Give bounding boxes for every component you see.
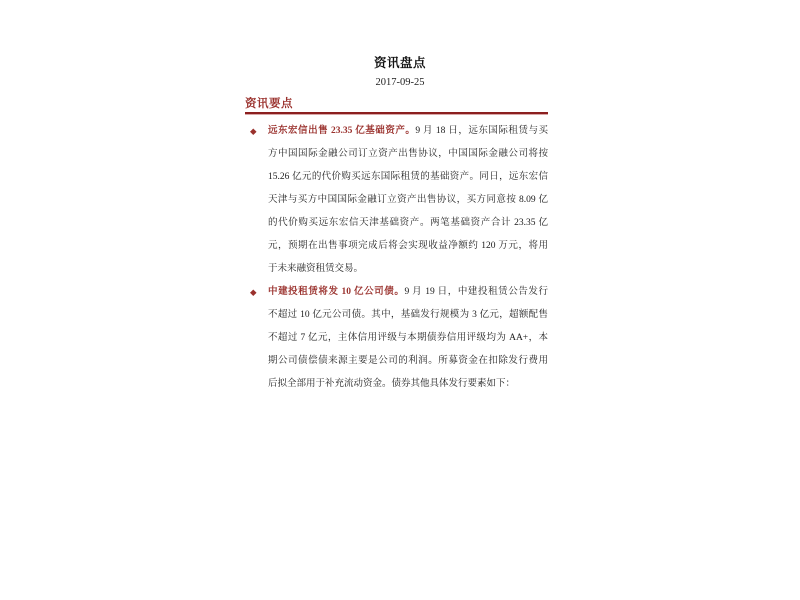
- bullet-body-text: 不超过 7 亿元，主体信用评级与本期债券信用评级均为 AA+，本: [268, 333, 548, 343]
- bullet-body-text: 方中国国际金融公司订立资产出售协议，中国国际金融公司将按: [268, 149, 548, 159]
- bullet-line: 天津与买方中国国际金融订立资产出售协议，买方同意按 8.09 亿: [268, 189, 548, 212]
- bullet-line: 远东宏信出售 23.35 亿基础资产。9 月 18 日，远东国际租赁与买: [268, 120, 548, 143]
- bullet-body-text: 9 月 19 日，中建投租赁公告发行: [404, 287, 548, 297]
- bullet-lead-text: 中建投租赁将发 10 亿公司债。: [268, 287, 404, 297]
- bullet-body-text: 9 月 18 日，远东国际租赁与买: [415, 126, 548, 136]
- bullet-line: 于未来融资租赁交易。: [268, 258, 548, 281]
- bullet-body-text: 15.26 亿元的代价购买远东国际租赁的基础资产。同日，远东宏信: [268, 172, 548, 182]
- bullet-line: 不超过 10 亿元公司债。其中，基础发行规模为 3 亿元，超额配售: [268, 304, 548, 327]
- bullet-line: 15.26 亿元的代价购买远东国际租赁的基础资产。同日，远东宏信: [268, 166, 548, 189]
- bullet-body-text: 元，预期在出售事项完成后将会实现收益净额约 120 万元，将用: [268, 241, 548, 251]
- bullet-body-text: 天津与买方中国国际金融订立资产出售协议，买方同意按 8.09 亿: [268, 195, 548, 205]
- bullet-line: 后拟全部用于补充流动资金。债券其他具体发行要素如下：: [268, 373, 548, 396]
- bullet-body-text: 不超过 10 亿元公司债。其中，基础发行规模为 3 亿元，超额配售: [268, 310, 548, 320]
- document-title: 资讯盘点: [245, 53, 555, 71]
- diamond-bullet-icon: ◆: [250, 120, 257, 143]
- bullet-body-text: 后拟全部用于补充流动资金。债券其他具体发行要素如下：: [268, 379, 515, 389]
- bullet-line: 的代价购买远东宏信天津基础资产。两笔基础资产合计 23.35 亿: [268, 212, 548, 235]
- bullet-line: 中建投租赁将发 10 亿公司债。9 月 19 日，中建投租赁公告发行: [268, 281, 548, 304]
- document-page: 资讯盘点 2017-09-25 资讯要点 ◆远东宏信出售 23.35 亿基础资产…: [0, 0, 800, 600]
- bullet-item: ◆远东宏信出售 23.35 亿基础资产。9 月 18 日，远东国际租赁与买方中国…: [245, 120, 548, 281]
- bullet-line: 方中国国际金融公司订立资产出售协议，中国国际金融公司将按: [268, 143, 548, 166]
- section-divider-rule: [245, 112, 548, 115]
- bullet-line: 期公司债偿债来源主要是公司的利润。所募资金在扣除发行费用: [268, 350, 548, 373]
- bullet-item: ◆中建投租赁将发 10 亿公司债。9 月 19 日，中建投租赁公告发行不超过 1…: [245, 281, 548, 396]
- bullet-body-text: 于未来融资租赁交易。: [268, 264, 363, 274]
- bullet-list: ◆远东宏信出售 23.35 亿基础资产。9 月 18 日，远东国际租赁与买方中国…: [245, 120, 548, 396]
- document-date: 2017-09-25: [245, 77, 555, 88]
- bullet-lead-text: 远东宏信出售 23.35 亿基础资产。: [268, 126, 415, 136]
- diamond-bullet-icon: ◆: [250, 281, 257, 304]
- bullet-line: 不超过 7 亿元，主体信用评级与本期债券信用评级均为 AA+，本: [268, 327, 548, 350]
- bullet-body-text: 的代价购买远东宏信天津基础资产。两笔基础资产合计 23.35 亿: [268, 218, 548, 228]
- bullet-body-text: 期公司债偿债来源主要是公司的利润。所募资金在扣除发行费用: [268, 356, 548, 366]
- bullet-line: 元，预期在出售事项完成后将会实现收益净额约 120 万元，将用: [268, 235, 548, 258]
- section-heading: 资讯要点: [245, 95, 293, 111]
